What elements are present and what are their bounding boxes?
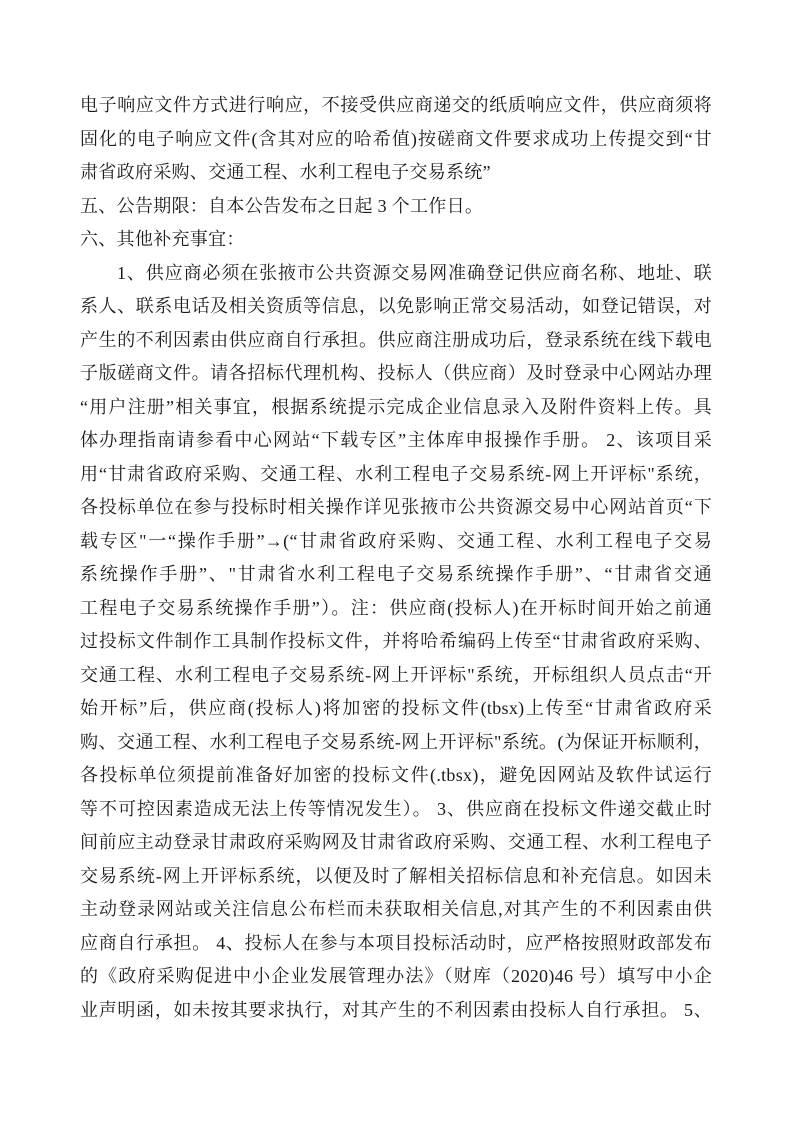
text-line-item-1-start: 1、供应商必须在张掖市公共资源交易网准确登记供应商名称、地址、联 xyxy=(80,257,712,291)
text-line: 电子响应文件方式进行响应，不接受供应商递交的纸质响应文件，供应商须将 xyxy=(80,89,712,123)
text-line: 产生的不利因素由供应商自行承担。供应商注册成功后，登录系统在线下载电 xyxy=(80,324,712,358)
text-line-item-2-start: 体办理指南请参看中心网站“下载专区”主体库申报操作手册。 2、该项目采 xyxy=(80,424,712,458)
text-line: 载专区"一“操作手册”→(“甘肃省政府采购、交通工程、水利工程电子交易 xyxy=(80,525,712,559)
document-page: 电子响应文件方式进行响应，不接受供应商递交的纸质响应文件，供应商须将 固化的电子… xyxy=(0,0,793,1122)
text-line-item-5-start: 业声明函，如未按其要求执行，对其产生的不利因素由投标人自行承担。 5、 xyxy=(80,994,712,1028)
text-line: 工程电子交易系统操作手册”）。注：供应商(投标人)在开标时间开始之前通 xyxy=(80,592,712,626)
text-line: 过投标文件制作工具制作投标文件，并将哈希编码上传至“甘肃省政府采购、 xyxy=(80,625,712,659)
section-heading-other-matters: 六、其他补充事宜： xyxy=(80,223,712,257)
text-line: 各投标单位在参与投标时相关操作详见张掖市公共资源交易中心网站首页“下 xyxy=(80,491,712,525)
announcement-text-block: 电子响应文件方式进行响应，不接受供应商递交的纸质响应文件，供应商须将 固化的电子… xyxy=(80,89,712,1027)
section-heading-notice-period: 五、公告期限：自本公告发布之日起 3 个工作日。 xyxy=(80,190,712,224)
text-line: 购、交通工程、水利工程电子交易系统-网上开评标"系统。(为保证开标顺利， xyxy=(80,726,712,760)
text-line: 固化的电子响应文件(含其对应的哈希值)按磋商文件要求成功上传提交到“甘 xyxy=(80,123,712,157)
text-line: 始开标”后，供应商(投标人)将加密的投标文件(tbsx)上传至“甘肃省政府采 xyxy=(80,692,712,726)
text-line: 肃省政府采购、交通工程、水利工程电子交易系统” xyxy=(80,156,712,190)
text-line-item-4-start: 应商自行承担。 4、投标人在参与本项目投标活动时，应严格按照财政部发布 xyxy=(80,927,712,961)
text-line: 系统操作手册”、"甘肃省水利工程电子交易系统操作手册”、“甘肃省交通 xyxy=(80,558,712,592)
text-line: 间前应主动登录甘肃政府采购网及甘肃省政府采购、交通工程、水利工程电子 xyxy=(80,826,712,860)
text-line: 主动登录网站或关注信息公布栏而未获取相关信息,对其产生的不利因素由供 xyxy=(80,893,712,927)
text-line: 各投标单位须提前准备好加密的投标文件(.tbsx)，避免因网站及软件试运行 xyxy=(80,759,712,793)
text-line-item-3-start: 等不可控因素造成无法上传等情况发生）。 3、供应商在投标文件递交截止时 xyxy=(80,793,712,827)
text-line: 用“甘肃省政府采购、交通工程、水利工程电子交易系统-网上开评标"系统， xyxy=(80,458,712,492)
text-line: 交易系统-网上开评标系统，以便及时了解相关招标信息和补充信息。如因未 xyxy=(80,860,712,894)
text-line: 的《政府采购促进中小企业发展管理办法》（财库（2020)46 号）填写中小企 xyxy=(80,960,712,994)
text-line: 交通工程、水利工程电子交易系统-网上开评标"系统，开标组织人员点击“开 xyxy=(80,659,712,693)
text-line: “用户注册”相关事宜，根据系统提示完成企业信息录入及附件资料上传。具 xyxy=(80,391,712,425)
text-line: 子版磋商文件。请各招标代理机构、投标人（供应商）及时登录中心网站办理 xyxy=(80,357,712,391)
text-line: 系人、联系电话及相关资质等信息，以免影响正常交易活动，如登记错误，对 xyxy=(80,290,712,324)
